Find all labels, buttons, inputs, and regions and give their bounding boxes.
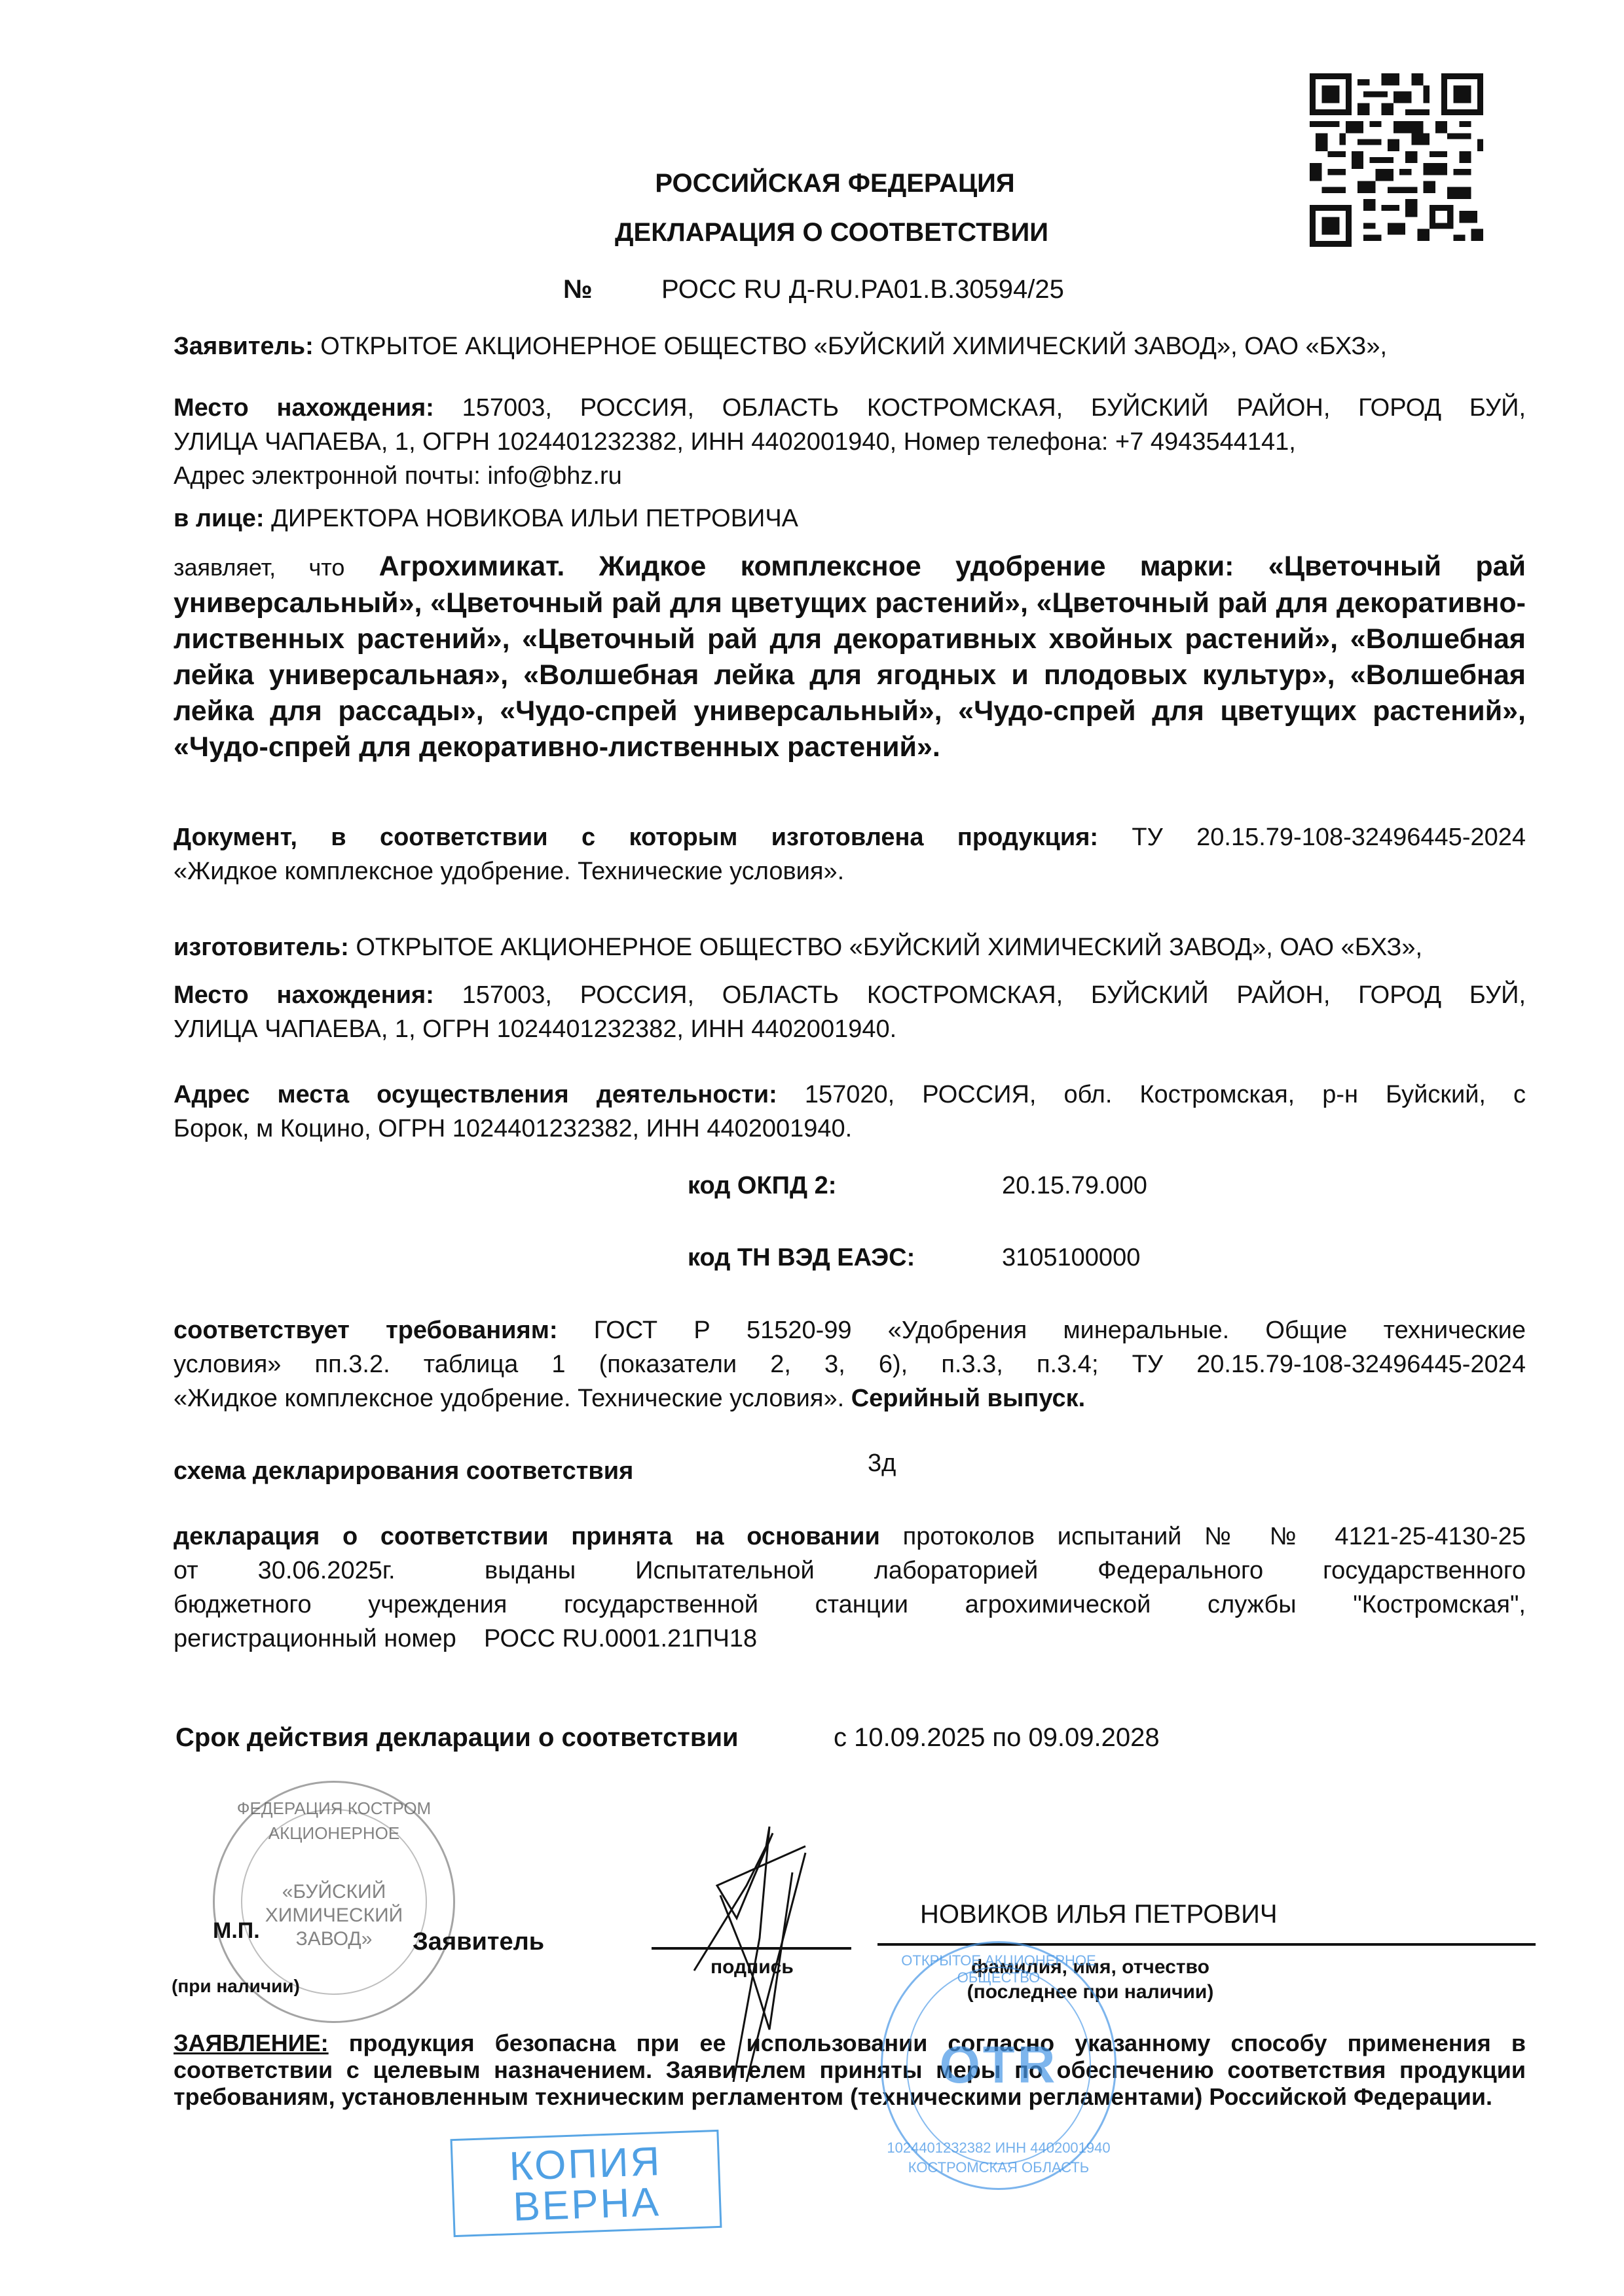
statement-label: ЗАЯВЛЕНИЕ: bbox=[174, 2030, 329, 2056]
applicant-location-line2: УЛИЦА ЧАПАЕВА, 1, ОГРН 1024401232382, ИН… bbox=[174, 424, 1296, 460]
tnved-value: 3105100000 bbox=[1002, 1244, 1140, 1271]
manufacturer-location-line1: Место нахождения: 157003, РОССИЯ, ОБЛАСТ… bbox=[174, 977, 1526, 1013]
company-blue-seal-stamp: ОТКРЫТОЕ АКЦИОНЕРНОЕ ОБЩЕСТВО OTR 102440… bbox=[881, 1941, 1116, 2190]
copy-stamp-line2: ВЕРНА bbox=[454, 2180, 720, 2230]
requirements-label: соответствует требованиям: bbox=[174, 1317, 557, 1344]
manufacturer-value: ОТКРЫТОЕ АКЦИОНЕРНОЕ ОБЩЕСТВО «БУЙСКИЙ Х… bbox=[356, 934, 1422, 961]
product-description: Агрохимикат. Жидкое комплексное удобрени… bbox=[174, 551, 1526, 763]
manufacturer-label: изготовитель: bbox=[174, 934, 349, 961]
number-value: РОСС RU Д-RU.РА01.В.30594/25 bbox=[661, 275, 1064, 304]
document-basis-label: Документ, в соответствии с которым изгот… bbox=[174, 824, 1098, 851]
validity-row: Срок действия декларации о соответствиис… bbox=[175, 1723, 1160, 1753]
declaration-number: №РОСС RU Д-RU.РА01.В.30594/25 bbox=[563, 275, 1064, 304]
serial-release: Серийный выпуск. bbox=[851, 1385, 1086, 1412]
manufacturer-location-line2: УЛИЦА ЧАПАЕВА, 1, ОГРН 1024401232382, ИН… bbox=[174, 1011, 896, 1047]
activity-address-value1: 157020, РОССИЯ, обл. Костромская, р-н Бу… bbox=[805, 1081, 1526, 1108]
activity-address-label: Адрес места осуществления деятельности: bbox=[174, 1081, 777, 1108]
manufacturer-row: изготовитель: ОТКРЫТОЕ АКЦИОНЕРНОЕ ОБЩЕС… bbox=[174, 930, 1422, 965]
okpd-label: код ОКПД 2: bbox=[688, 1172, 1002, 1200]
requirements-value1: ГОСТ Р 51520-99 «Удобрения минеральные. … bbox=[594, 1317, 1526, 1344]
declaration-page: РОССИЙСКАЯ ФЕДЕРАЦИЯ ДЕКЛАРАЦИЯ О СООТВЕ… bbox=[0, 0, 1624, 2296]
basis-label: декларация о соответствии принята на осн… bbox=[174, 1523, 880, 1550]
requirements-value3: «Жидкое комплексное удобрение. Техническ… bbox=[174, 1385, 844, 1412]
country-title: РОССИЙСКАЯ ФЕДЕРАЦИЯ bbox=[0, 169, 1624, 198]
applicant-value: ОТКРЫТОЕ АКЦИОНЕРНОЕ ОБЩЕСТВО «БУЙСКИЙ Х… bbox=[320, 333, 1387, 360]
activity-address-line1: Адрес места осуществления деятельности: … bbox=[174, 1077, 1526, 1112]
requirements-line3: «Жидкое комплексное удобрение. Техническ… bbox=[174, 1381, 1085, 1416]
declares-lead: заявляет, что bbox=[174, 554, 344, 581]
company-seal-top-text: ФЕДЕРАЦИЯ КОСТРОМ bbox=[215, 1797, 453, 1819]
applicant-person-row: в лице: ДИРЕКТОРА НОВИКОВА ИЛЬИ ПЕТРОВИЧ… bbox=[174, 501, 798, 536]
okpd-value: 20.15.79.000 bbox=[1002, 1172, 1147, 1199]
statement-paragraph: ЗАЯВЛЕНИЕ: продукция безопасна при ее ис… bbox=[174, 2030, 1526, 2110]
validity-value: с 10.09.2025 по 09.09.2028 bbox=[834, 1723, 1160, 1752]
applicant-location-label: Место нахождения: bbox=[174, 394, 434, 422]
applicant-row: Заявитель: ОТКРЫТОЕ АКЦИОНЕРНОЕ ОБЩЕСТВО… bbox=[174, 329, 1387, 364]
scheme-value: 3д bbox=[868, 1446, 896, 1481]
scheme-label: схема декларирования соответствия bbox=[174, 1453, 633, 1489]
person-label: в лице: bbox=[174, 505, 265, 532]
company-seal-center1: «БУЙСКИЙ bbox=[215, 1881, 453, 1903]
basis-line1: декларация о соответствии принята на осн… bbox=[174, 1519, 1526, 1554]
person-value: ДИРЕКТОРА НОВИКОВА ИЛЬИ ПЕТРОВИЧА bbox=[271, 505, 798, 532]
requirements-line1: соответствует требованиям: ГОСТ Р 51520-… bbox=[174, 1313, 1526, 1348]
applicant-label: Заявитель: bbox=[174, 333, 314, 360]
applicant-location-value1: 157003, РОССИЯ, ОБЛАСТЬ КОСТРОМСКАЯ, БУЙ… bbox=[462, 394, 1526, 422]
basis-line2: от 30.06.2025г. выданы Испытательной лаб… bbox=[174, 1553, 1526, 1588]
tnved-label: код ТН ВЭД ЕАЭС: bbox=[688, 1244, 1002, 1272]
validity-label: Срок действия декларации о соответствии bbox=[175, 1723, 834, 1753]
company-seal-ring-text: АКЦИОНЕРНОЕ bbox=[215, 1822, 453, 1844]
applicant-sign-label: Заявитель bbox=[413, 1928, 544, 1956]
blue-seal-logo: OTR bbox=[883, 2035, 1115, 2095]
okpd-code-row: код ОКПД 2:20.15.79.000 bbox=[688, 1172, 1147, 1200]
manufacturer-location-label: Место нахождения: bbox=[174, 981, 434, 1009]
document-title: ДЕКЛАРАЦИЯ О СООТВЕТСТВИИ bbox=[0, 218, 1624, 247]
manufacturer-location-value1: 157003, РОССИЯ, ОБЛАСТЬ КОСТРОМСКАЯ, БУЙ… bbox=[462, 981, 1526, 1009]
document-basis-line1: Документ, в соответствии с которым изгот… bbox=[174, 820, 1526, 855]
copy-certified-stamp: КОПИЯ ВЕРНА bbox=[451, 2130, 722, 2237]
blue-seal-bottom-text: 1024401232382 ИНН 4402001940 bbox=[883, 2140, 1115, 2157]
requirements-line2: условия» пп.3.2. таблица 1 (показатели 2… bbox=[174, 1347, 1526, 1382]
product-declaration: заявляет, что Агрохимикат. Жидкое компле… bbox=[174, 549, 1526, 765]
mp-note: (при наличии) bbox=[172, 1976, 300, 1997]
document-basis-line2: «Жидкое комплексное удобрение. Техническ… bbox=[174, 854, 844, 889]
statement-text: продукция безопасна при ее использовании… bbox=[174, 2030, 1526, 2110]
document-basis-value1: ТУ 20.15.79-108-32496445-2024 bbox=[1132, 824, 1526, 851]
mp-label: М.П. bbox=[213, 1918, 260, 1944]
number-label: № bbox=[563, 275, 661, 304]
basis-line4: регистрационный номер РОСС RU.0001.21ПЧ1… bbox=[174, 1621, 757, 1656]
blue-seal-top-text: ОТКРЫТОЕ АКЦИОНЕРНОЕ ОБЩЕСТВО bbox=[883, 1952, 1115, 1986]
basis-value1: протоколов испытаний № № 4121-25-4130-25 bbox=[903, 1523, 1526, 1550]
signatory-full-name: НОВИКОВ ИЛЬЯ ПЕТРОВИЧ bbox=[920, 1900, 1278, 1929]
applicant-location-line1: Место нахождения: 157003, РОССИЯ, ОБЛАСТ… bbox=[174, 390, 1526, 426]
blue-seal-region-text: КОСТРОМСКАЯ ОБЛАСТЬ bbox=[883, 2159, 1115, 2176]
activity-address-line2: Борок, м Коцино, ОГРН 1024401232382, ИНН… bbox=[174, 1111, 852, 1146]
applicant-email: Адрес электронной почты: info@bhz.ru bbox=[174, 458, 622, 494]
basis-line3: бюджетного учреждения государственной ст… bbox=[174, 1587, 1526, 1622]
tnved-code-row: код ТН ВЭД ЕАЭС:3105100000 bbox=[688, 1244, 1140, 1272]
